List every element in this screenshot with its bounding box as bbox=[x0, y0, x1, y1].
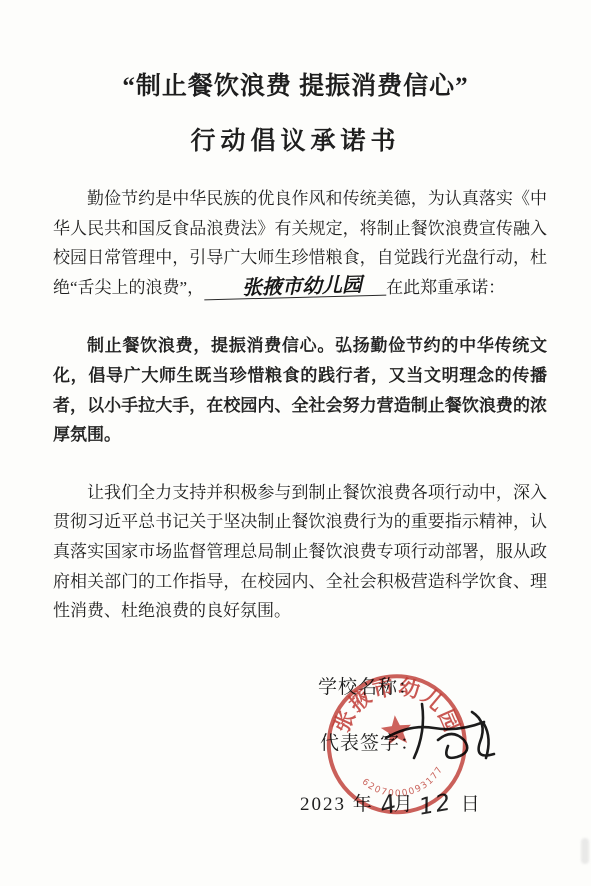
paragraph-action-pledge: 让我们全力支持并积极参与到制止餐饮浪费各项行动中，深入贯彻习近平总书记关于坚决制… bbox=[53, 478, 547, 626]
document-title-line2: 行动倡议承诺书 bbox=[0, 121, 591, 157]
handwritten-school-name: 张掖市幼儿园 bbox=[204, 272, 387, 300]
paragraph-commitment: 制止餐饮浪费，提振消费信心。弘扬勤俭节约的中华传统文化，倡导广大师生既当珍惜粮食… bbox=[53, 331, 547, 449]
document-title-line1: “制止餐饮浪费 提振消费信心” bbox=[0, 66, 591, 102]
paragraph-intro: 勤俭节约是中华民族的优良作风和传统美德，为认真落实《中华人民共和国反食品浪费法》… bbox=[53, 184, 547, 302]
representative-signature-handwriting bbox=[380, 694, 505, 774]
document-body: 勤俭节约是中华民族的优良作风和传统美德，为认真落实《中华人民共和国反食品浪费法》… bbox=[53, 184, 547, 626]
scan-smudge-artifact bbox=[581, 838, 589, 864]
paragraph-intro-after: 在此郑重承诺： bbox=[386, 278, 505, 297]
pledge-document-page: “制止餐饮浪费 提振消费信心” 行动倡议承诺书 勤俭节约是中华民族的优良作风和传… bbox=[0, 0, 591, 886]
